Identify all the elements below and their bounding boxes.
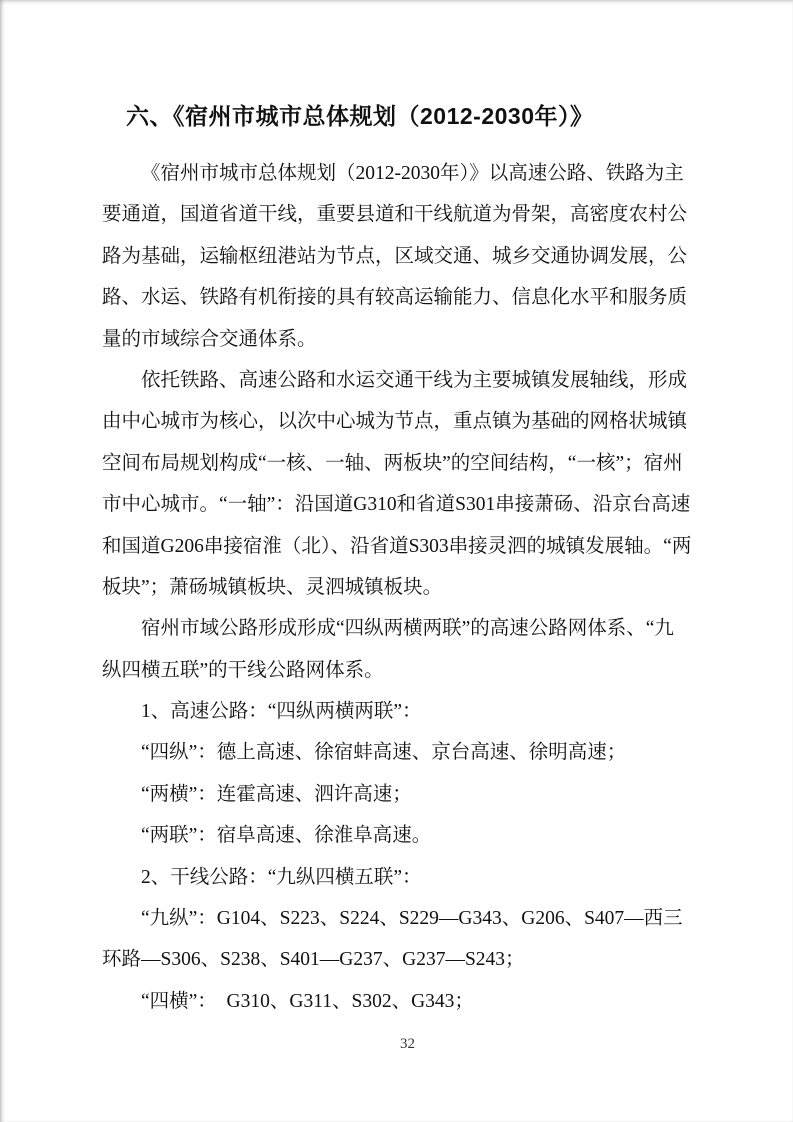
body-line: 空间布局规划构成“一核、一轴、两板块”的空间结构，“一核”；宿州 xyxy=(102,443,694,484)
body-line: 要通道，国道省道干线，重要县道和干线航道为骨架，高密度农村公 xyxy=(102,194,694,235)
body-line: 量的市域综合交通体系。 xyxy=(102,319,694,360)
body-line: 纵四横五联”的干线公路网体系。 xyxy=(102,650,694,691)
body-line: 2、干线公路：“九纵四横五联”： xyxy=(102,857,694,898)
body-line: 市中心城市。“一轴”：沿国道G310和省道S301串接萧砀、沿京台高速 xyxy=(102,484,694,525)
page-number: 32 xyxy=(0,1036,793,1053)
body-line: “两横”：连霍高速、泗许高速； xyxy=(102,774,694,815)
body-line: “两联”：宿阜高速、徐淮阜高速。 xyxy=(102,815,694,856)
body-line: 《宿州市城市总体规划（2012-2030年）》以高速公路、铁路为主 xyxy=(102,153,694,194)
body-line: “四横”： G310、G311、S302、G343； xyxy=(102,981,694,1022)
body-line: 板块”；萧砀城镇板块、灵泗城镇板块。 xyxy=(102,567,694,608)
document-body: 《宿州市城市总体规划（2012-2030年）》以高速公路、铁路为主 要通道，国道… xyxy=(102,153,694,1022)
document-title: 六、《宿州市城市总体规划（2012-2030年）》 xyxy=(126,98,594,131)
document-page: 六、《宿州市城市总体规划（2012-2030年）》 《宿州市城市总体规划（201… xyxy=(0,0,793,1122)
body-line: 路、水运、铁路有机衔接的具有较高运输能力、信息化水平和服务质 xyxy=(102,277,694,318)
body-line: 环路—S306、S238、S401—G237、G237—S243； xyxy=(102,939,694,980)
body-line: 1、高速公路：“四纵两横两联”： xyxy=(102,691,694,732)
body-line: 和国道G206串接宿淮（北）、沿省道S303串接灵泗的城镇发展轴。“两 xyxy=(102,526,694,567)
body-line: 宿州市域公路形成形成“四纵两横两联”的高速公路网体系、“九 xyxy=(102,608,694,649)
body-line: “四纵”：德上高速、徐宿蚌高速、京台高速、徐明高速； xyxy=(102,732,694,773)
body-line: 由中心城市为核心，以次中心城为节点，重点镇为基础的网格状城镇 xyxy=(102,401,694,442)
body-line: 路为基础，运输枢纽港站为节点，区域交通、城乡交通协调发展，公 xyxy=(102,236,694,277)
body-line: “九纵”：G104、S223、S224、S229—G343、G206、S407—… xyxy=(102,898,694,939)
body-line: 依托铁路、高速公路和水运交通干线为主要城镇发展轴线，形成 xyxy=(102,360,694,401)
